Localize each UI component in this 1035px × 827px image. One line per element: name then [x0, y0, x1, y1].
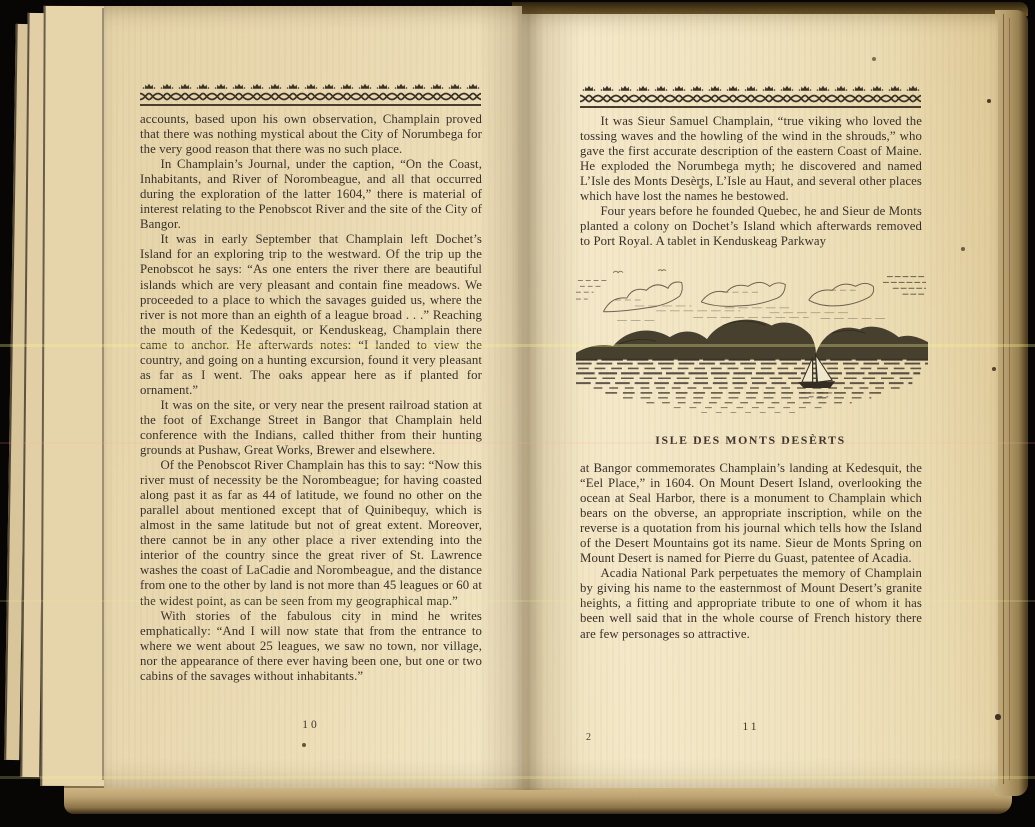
fleuron-motif-icon — [742, 84, 760, 106]
page-number-right: 11 — [580, 721, 922, 733]
paragraph: With stories of the fabulous city in min… — [140, 609, 482, 684]
paragraph: It was Sieur Samuel Champlain, “true vik… — [580, 114, 922, 204]
fleuron-motif-icon — [706, 84, 724, 106]
fleuron-motif-icon — [194, 82, 212, 104]
fleuron-motif-icon — [212, 82, 230, 104]
fleuron-motif-icon — [230, 82, 248, 104]
fleuron-motif-icon — [886, 84, 904, 106]
fleuron-motif-icon — [580, 84, 598, 106]
hills-silhouette — [576, 320, 928, 360]
fleuron-motif-icon — [284, 82, 302, 104]
fleuron-motif-icon — [374, 82, 392, 104]
paragraph: at Bangor commemorates Champlain’s landi… — [580, 461, 922, 566]
fleuron-motif-icon — [176, 82, 194, 104]
fleuron-motif-icon — [302, 82, 320, 104]
fleuron-motif-icon — [814, 84, 832, 106]
fleuron-motif-icon — [670, 84, 688, 106]
fleuron-motif-icon — [832, 84, 850, 106]
book-bottom-edge — [64, 786, 1012, 814]
fleuron-motif-icon — [338, 82, 356, 104]
page-number-left: 10 — [140, 719, 482, 731]
fleuron-motif-icon — [320, 82, 338, 104]
fleuron-motif-icon — [598, 84, 616, 106]
open-book-photo: accounts, based upon his own observation… — [0, 0, 1035, 827]
fleuron-motif-icon — [356, 82, 374, 104]
fleuron-motif-icon — [796, 84, 814, 106]
headpiece-ornament-right — [580, 84, 921, 108]
paragraph: It was on the site, or very near the pre… — [140, 398, 482, 458]
fleuron-motif-icon — [428, 82, 446, 104]
fleuron-motif-icon — [266, 82, 284, 104]
left-page-text: accounts, based upon his own observation… — [140, 112, 482, 684]
fleuron-motif-icon — [446, 82, 464, 104]
signature-mark: 2 — [586, 732, 591, 743]
fleuron-motif-icon — [652, 84, 670, 106]
paragraph: In Champlain’s Journal, under the captio… — [140, 157, 482, 232]
fleuron-motif-icon — [158, 82, 176, 104]
foxing-specks — [0, 0, 2, 2]
fleuron-motif-icon — [392, 82, 410, 104]
fleuron-motif-icon — [904, 84, 921, 106]
fleuron-motif-icon — [410, 82, 428, 104]
right-page-text-top: It was Sieur Samuel Champlain, “true vik… — [580, 114, 922, 249]
paragraph: accounts, based upon his own observation… — [140, 112, 482, 157]
headpiece-ornament-left — [140, 82, 481, 106]
illustration-isle-des-monts-deserts — [576, 266, 928, 426]
fleuron-motif-icon — [688, 84, 706, 106]
fleuron-motif-icon — [634, 84, 652, 106]
illustration-caption: ISLE DES MONTS DESÈRTS — [580, 433, 921, 448]
fleuron-motif-icon — [616, 84, 634, 106]
paragraph: Acadia National Park perpetuates the mem… — [580, 566, 922, 641]
paragraph: Four years before he founded Quebec, he … — [580, 204, 922, 249]
fleuron-motif-icon — [464, 82, 481, 104]
fleuron-motif-icon — [248, 82, 266, 104]
fleuron-motif-icon — [724, 84, 742, 106]
fleuron-motif-icon — [850, 84, 868, 106]
book-fore-edge — [995, 10, 1028, 796]
paragraph: It was in early September that Champlain… — [140, 232, 482, 398]
fleuron-motif-icon — [778, 84, 796, 106]
paragraph: Of the Penobscot River Champlain has thi… — [140, 458, 482, 608]
right-page-text-bottom: at Bangor commemorates Champlain’s landi… — [580, 461, 922, 642]
underpage-edge — [40, 6, 111, 786]
etching-seascape-drawing — [576, 266, 928, 424]
fleuron-motif-icon — [868, 84, 886, 106]
fleuron-motif-icon — [760, 84, 778, 106]
fleuron-motif-icon — [140, 82, 158, 104]
